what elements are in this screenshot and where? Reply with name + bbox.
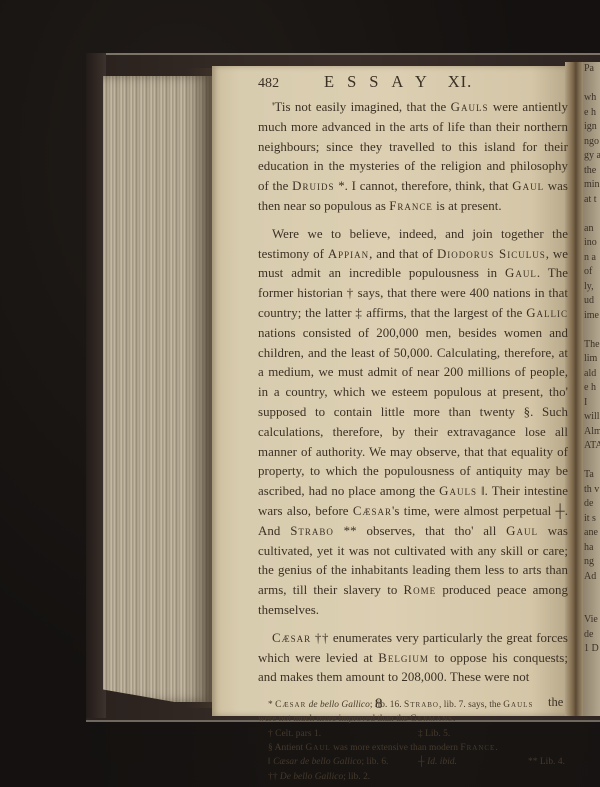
facing-page-fragment — [583, 77, 600, 92]
facing-page-fragment: ly, — [583, 280, 600, 295]
footnote-ddagger: ‡ Lib. 5. — [418, 727, 450, 741]
facing-page-fragment: gy a — [583, 149, 600, 164]
catchword: the — [548, 695, 563, 710]
running-title: ESSAY — [324, 72, 440, 92]
footnote-row-parallel: ‖ Cæsar de bello Gallico; lib. 6. ┼ Id. … — [258, 755, 568, 769]
facing-page-fragment — [583, 207, 600, 222]
footnotes: * Cæsar de bello Gallico; lib. 16. Strab… — [258, 698, 568, 784]
facing-page-fragment: ha — [583, 541, 600, 556]
paragraph-3: Cæsar †† enumerates very particularly th… — [258, 629, 568, 688]
facing-page-fragment: lim — [583, 352, 600, 367]
page-edge-shadow — [185, 68, 213, 708]
footnote-star: * Cæsar de bello Gallico; lib. 16. Strab… — [258, 698, 568, 712]
facing-page-fragment: ime — [583, 309, 600, 324]
footnote-star-cont: were not much more improved than the Ger… — [258, 712, 568, 726]
footnote-dagger: † Celt. pars 1. — [268, 727, 418, 741]
facing-page-fragment: Vie — [583, 613, 600, 628]
facing-page-fragment: ald — [583, 367, 600, 382]
footnote-cross: ┼ Id. ibid. — [418, 755, 528, 769]
page-header: 482 ESSAY XI. — [258, 72, 568, 92]
footnote-section: § Antient Gaul was more extensive than m… — [258, 741, 568, 755]
page-content: 482 ESSAY XI. 'Tis not easily imagined, … — [258, 72, 568, 784]
facing-page-strip: Pa whe hignngogy atheminat t aninon aofl… — [583, 62, 600, 716]
chapter-number: XI. — [448, 72, 473, 92]
facing-page-fragment: e h — [583, 381, 600, 396]
facing-page-fragment: will — [583, 410, 600, 425]
facing-page-fragment: ng — [583, 555, 600, 570]
facing-page-fragment: Alm — [583, 425, 600, 440]
facing-page-fragment: th v — [583, 483, 600, 498]
facing-page-fragment — [583, 584, 600, 599]
facing-page-fragment: ane — [583, 526, 600, 541]
facing-page-fragment: de — [583, 497, 600, 512]
facing-page-fragment: of — [583, 265, 600, 280]
facing-page-fragment: de — [583, 628, 600, 643]
facing-page-fragment: I — [583, 396, 600, 411]
facing-page-fragment: e h — [583, 106, 600, 121]
facing-page-fragment — [583, 323, 600, 338]
paragraph-2: Were we to believe, indeed, and join tog… — [258, 225, 568, 621]
facing-page-fragment — [583, 599, 600, 614]
footnote-parallel: ‖ Cæsar de bello Gallico; lib. 6. — [268, 755, 418, 769]
facing-page-fragment — [583, 454, 600, 469]
facing-page-fragment: ud — [583, 294, 600, 309]
facing-page-fragment: 1 D — [583, 642, 600, 657]
facing-page-fragment: n a — [583, 251, 600, 266]
facing-page-fragment: min — [583, 178, 600, 193]
facing-page-fragment: ign — [583, 120, 600, 135]
paragraph-1: 'Tis not easily imagined, that the Gauls… — [258, 98, 568, 217]
footnote-double-dagger: †† De bello Gallico; lib. 2. — [258, 770, 568, 784]
facing-page-fragment: it s — [583, 512, 600, 527]
facing-page-fragment: Pa — [583, 62, 600, 77]
facing-page-fragment: ngo — [583, 135, 600, 150]
facing-page-fragment: wh — [583, 91, 600, 106]
facing-page-fragment: the — [583, 164, 600, 179]
facing-page-fragment: Ta — [583, 468, 600, 483]
signature-mark: 8 — [375, 696, 383, 713]
facing-page-fragment: The — [583, 338, 600, 353]
facing-page-fragment: an — [583, 222, 600, 237]
facing-page-fragment: Ad — [583, 570, 600, 585]
footnote-row-dagger: † Celt. pars 1. ‡ Lib. 5. — [258, 727, 568, 741]
facing-page-fragment: ino — [583, 236, 600, 251]
facing-page-fragment: ATA — [583, 439, 600, 454]
page-number: 482 — [258, 74, 314, 94]
facing-page-fragment: at t — [583, 193, 600, 208]
footnote-double-star: ** Lib. 4. — [528, 755, 565, 769]
